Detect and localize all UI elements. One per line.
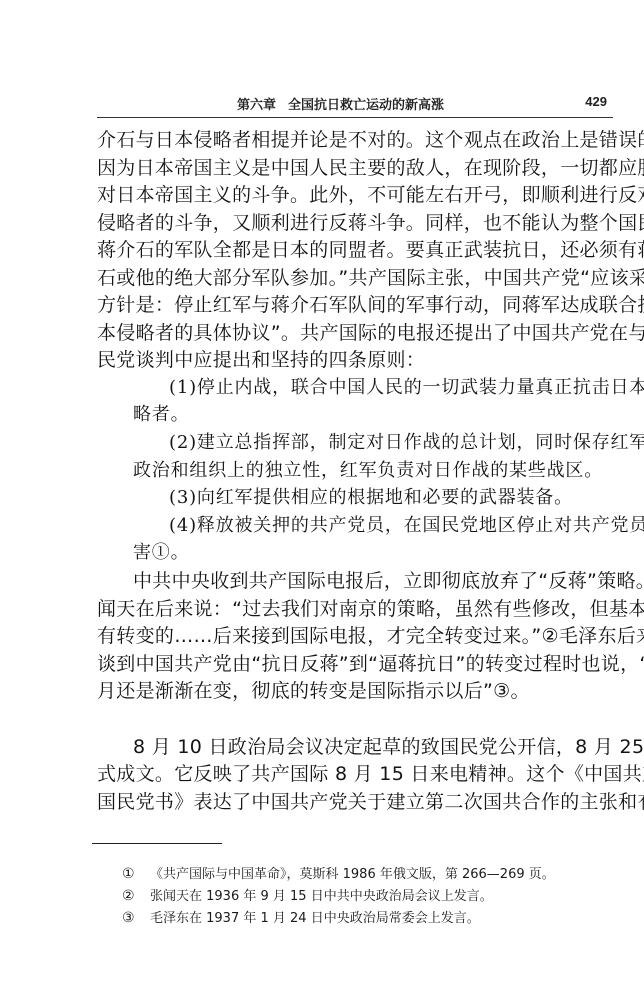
footnote-text: 毛泽东在 1937 年 1 月 24 日中央政治局常委会上发言。 [150, 911, 480, 926]
text-line: 有转变的……后来接到国际电报，才完全转变过来。”②毛泽东后来在 [97, 624, 613, 648]
footnote-marker: ② [122, 886, 150, 906]
text-line: 国民党书》表达了中国共产党关于建立第二次国共合作的主张和有关 [97, 790, 613, 814]
footnote-text: 《共产国际与中国革命》，莫斯科 1986 年俄文版，第 266—269 页。 [150, 867, 555, 882]
chapter-number: 第六章 [237, 98, 276, 113]
text-line: 侵略者的斗争，又顺利进行反蒋斗争。同样，也不能认为整个国民党和 [97, 211, 613, 235]
text-line: 因为日本帝国主义是中国人民主要的敌人，在现阶段，一切都应服从于 [97, 156, 613, 180]
text-line: 对日本帝国主义的斗争。此外，不可能左右开弓，即顺利进行反对日本 [97, 183, 613, 207]
principle-2-line: 政治和组织上的独立性，红军负责对日作战的某些战区。 [133, 459, 613, 483]
principle-2-line: (2)建立总指挥部，制定对日作战的总计划，同时保存红军在 [169, 431, 613, 455]
footnote-1: ①《共产国际与中国革命》，莫斯科 1986 年俄文版，第 266—269 页。 [122, 864, 555, 884]
text-line: 中共中央收到共产国际电报后，立即彻底放弃了“反蒋”策略。张 [133, 569, 613, 593]
footnote-2: ②张闻天在 1936 年 9 月 15 日中共中央政治局会议上发言。 [122, 886, 493, 906]
text-line: 月还是渐渐在变，彻底的转变是国际指示以后”③。 [97, 679, 613, 703]
text-line: 式成文。它反映了共产国际 8 月 15 日来电精神。这个《中国共产党致 [97, 762, 613, 786]
text-line: 石或他的绝大部分军队参加。”共产国际主张，中国共产党“应该采取的 [97, 266, 613, 290]
text-line: 介石与日本侵略者相提并论是不对的。这个观点在政治上是错误的， [97, 128, 613, 152]
principle-1-line: 略者。 [133, 403, 613, 427]
chapter-title: 全国抗日救亡运动的新高涨 [288, 98, 444, 113]
footnote-marker: ③ [122, 908, 150, 928]
page-number: 429 [585, 94, 607, 109]
principle-4-line: (4)释放被关押的共产党员，在国民党地区停止对共产党员迫 [169, 514, 613, 538]
footnote-rule [92, 843, 222, 844]
text-line: 8 月 10 日政治局会议决定起草的致国民党公开信，8 月 25 日才正 [133, 735, 613, 759]
footnote-3: ③毛泽东在 1937 年 1 月 24 日中央政治局常委会上发言。 [122, 908, 480, 928]
principle-1-line: (1)停止内战，联合中国人民的一切武装力量真正抗击日本侵 [169, 376, 613, 400]
text-line: 本侵略者的具体协议”。共产国际的电报还提出了中国共产党在与国 [97, 321, 613, 345]
text-line: 蒋介石的军队全都是日本的同盟者。要真正武装抗日，还必须有蒋介 [97, 238, 613, 262]
footnote-text: 张闻天在 1936 年 9 月 15 日中共中央政治局会议上发言。 [150, 889, 493, 904]
text-line: 方针是：停止红军与蒋介石军队间的军事行动，同蒋军达成联合抗击日 [97, 293, 613, 317]
text-line: 闻天在后来说：“过去我们对南京的策略，虽然有些修改，但基本上是没 [97, 597, 613, 621]
footnote-marker: ① [122, 864, 150, 884]
running-head: 第六章全国抗日救亡运动的新高涨 429 [97, 94, 613, 114]
header-rule [97, 117, 613, 118]
chapter-heading: 第六章全国抗日救亡运动的新高涨 [237, 94, 444, 113]
principle-3-line: (3)向红军提供相应的根据地和必要的武器装备。 [169, 486, 613, 510]
principle-4-line: 害①。 [133, 541, 613, 565]
book-page: 第六章全国抗日救亡运动的新高涨 429 介石与日本侵略者相提并论是不对的。这个观… [0, 0, 644, 1000]
text-line: 民党谈判中应提出和坚持的四条原则： [97, 348, 613, 372]
text-line: 谈到中国共产党由“抗日反蒋”到“逼蒋抗日”的转变过程时也说，“在五 [97, 652, 613, 676]
